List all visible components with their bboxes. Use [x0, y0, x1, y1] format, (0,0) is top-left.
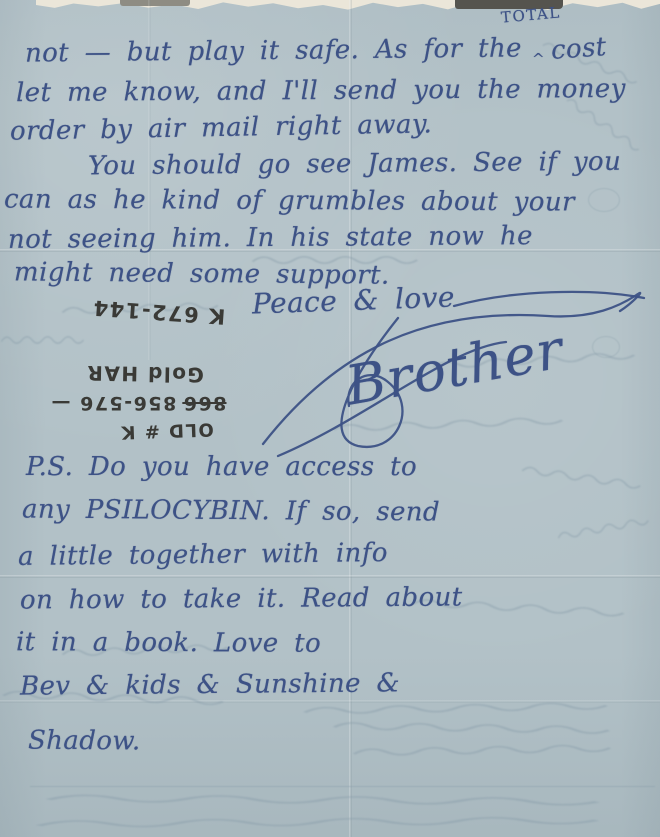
letter-line: not — but play it safe. As for the [25, 33, 522, 68]
letter-line: cost [550, 32, 608, 66]
bleed-through-writing [330, 412, 580, 437]
letter-line: can as he kind of grumbles about your [4, 185, 575, 218]
ps-line: on how to take it. Read about [20, 582, 463, 615]
bleed-through-writing [40, 790, 640, 810]
bleed-through-rule [30, 786, 655, 787]
old-number: 856-576 — [50, 392, 176, 414]
pencil-note-label: Gold HAR [86, 361, 204, 387]
ps-line: Shadow. [28, 726, 141, 757]
bleed-through-circle [592, 336, 620, 358]
ps-line: a little together with info [18, 538, 388, 572]
bleed-through-writing [330, 717, 630, 738]
closing-line: Peace & love [251, 280, 455, 320]
ps-line: P.S. Do you have access to [26, 452, 417, 482]
pencil-note-phone-new: K 672-144 [91, 295, 226, 328]
inserted-word: TOTAL [500, 3, 561, 26]
bleed-through-writing [350, 740, 630, 761]
struck-number: 866 [182, 392, 226, 414]
signature: Brother [341, 317, 568, 417]
letter-line: order by air mail right away. [10, 109, 433, 146]
bleed-through-circle [588, 188, 620, 212]
closing-flourish [452, 286, 647, 314]
bleed-through-writing [520, 461, 651, 495]
letter-line: not seeing him. In his state now he [8, 221, 533, 255]
ps-line: any PSILOCYBIN. If so, send [22, 495, 440, 528]
pencil-note-old-tag: OLD # K [120, 418, 214, 442]
insertion-caret: ^ [532, 50, 545, 68]
letter-line: let me know, and I'll send you the money [16, 74, 626, 108]
ps-line: it in a book. Love to [16, 627, 321, 659]
ps-line: Bev & kids & Sunshine & [20, 668, 400, 701]
letter-line: You should go see James. See if you [88, 147, 621, 182]
letter-page: not — but play it safe. As for the TOTAL… [0, 0, 660, 837]
horizontal-fold-crease [0, 575, 660, 578]
bleed-through-writing [555, 511, 656, 544]
bleed-through-writing [0, 332, 90, 348]
bleed-through-writing [30, 812, 640, 832]
pencil-note-phone-old: 866856-576 — [50, 392, 227, 414]
torn-edge-shadow [120, 0, 190, 6]
